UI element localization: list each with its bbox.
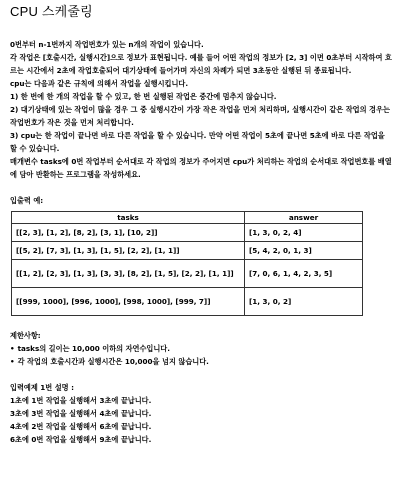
table-row: [[999, 1000], [996, 1000], [998, 1000], …	[12, 288, 363, 316]
table-header-row: tasks answer	[12, 212, 363, 224]
explanation-line: 3초에 3번 작업을 실행해서 4초에 끝납니다.	[10, 407, 392, 420]
cell-tasks: [[999, 1000], [996, 1000], [998, 1000], …	[12, 288, 245, 316]
cell-answer: [7, 0, 6, 1, 4, 2, 3, 5]	[245, 260, 363, 288]
cell-tasks: [[2, 3], [1, 2], [8, 2], [3, 1], [10, 2]…	[12, 224, 245, 242]
examples-label: 입출력 예:	[10, 194, 392, 207]
description-line: cpu는 다음과 같은 규칙에 의해서 작업을 실행시킵니다.	[10, 77, 392, 90]
explanation-label: 입력예제 1번 설명 :	[10, 381, 392, 394]
constraints-list: tasks의 길이는 10,000 이하의 자연수입니다. 각 작업의 호출시간…	[10, 342, 392, 368]
constraint-item: tasks의 길이는 10,000 이하의 자연수입니다.	[10, 342, 392, 355]
page-title: CPU 스케줄링	[10, 4, 392, 20]
description-line: 2) 대기상태에 있는 작업이 많을 경우 그 중 실행시간이 가장 작은 작업…	[10, 103, 392, 129]
explanation-line: 1초에 1번 작업을 실행해서 3초에 끝납니다.	[10, 394, 392, 407]
description-line: 3) cpu는 한 작업이 끝나면 바로 다른 작업을 할 수 있습니다. 만약…	[10, 129, 392, 155]
table-row: [[2, 3], [1, 2], [8, 2], [3, 1], [10, 2]…	[12, 224, 363, 242]
cell-tasks: [[5, 2], [7, 3], [1, 3], [1, 5], [2, 2],…	[12, 242, 245, 260]
description-line: 0번부터 n-1번까지 작업번호가 있는 n개의 작업이 있습니다.	[10, 38, 392, 51]
problem-description: 0번부터 n-1번까지 작업번호가 있는 n개의 작업이 있습니다. 각 작업은…	[10, 38, 392, 181]
description-line: 각 작업은 [호출시간, 실행시간]으로 정보가 표현됩니다. 예를 들어 어떤…	[10, 51, 392, 77]
explanation-text: 1초에 1번 작업을 실행해서 3초에 끝납니다. 3초에 3번 작업을 실행해…	[10, 394, 392, 446]
explanation-line: 6초에 0번 작업을 실행해서 9초에 끝납니다.	[10, 433, 392, 446]
problem-page: CPU 스케줄링 0번부터 n-1번까지 작업번호가 있는 n개의 작업이 있습…	[0, 0, 402, 446]
table-row: [[1, 2], [2, 3], [1, 3], [3, 3], [8, 2],…	[12, 260, 363, 288]
cell-answer: [1, 3, 0, 2]	[245, 288, 363, 316]
description-line: 1) 한 번에 한 개의 작업을 할 수 있고, 한 번 실행된 작업은 중간에…	[10, 90, 392, 103]
spacer	[10, 368, 392, 381]
cell-answer: [1, 3, 0, 2, 4]	[245, 224, 363, 242]
spacer	[10, 181, 392, 194]
constraints-label: 제한사항:	[10, 329, 392, 342]
constraint-item: 각 작업의 호출시간과 실행시간은 10,000을 넘지 않습니다.	[10, 355, 392, 368]
header-tasks: tasks	[12, 212, 245, 224]
cell-tasks: [[1, 2], [2, 3], [1, 3], [3, 3], [8, 2],…	[12, 260, 245, 288]
header-answer: answer	[245, 212, 363, 224]
cell-answer: [5, 4, 2, 0, 1, 3]	[245, 242, 363, 260]
description-line: 매개변수 tasks에 0번 작업부터 순서대로 각 작업의 정보가 주어지면 …	[10, 155, 392, 181]
examples-table: tasks answer [[2, 3], [1, 2], [8, 2], [3…	[11, 211, 363, 316]
spacer	[10, 316, 392, 329]
explanation-line: 4초에 2번 작업을 실행해서 6초에 끝납니다.	[10, 420, 392, 433]
table-row: [[5, 2], [7, 3], [1, 3], [1, 5], [2, 2],…	[12, 242, 363, 260]
